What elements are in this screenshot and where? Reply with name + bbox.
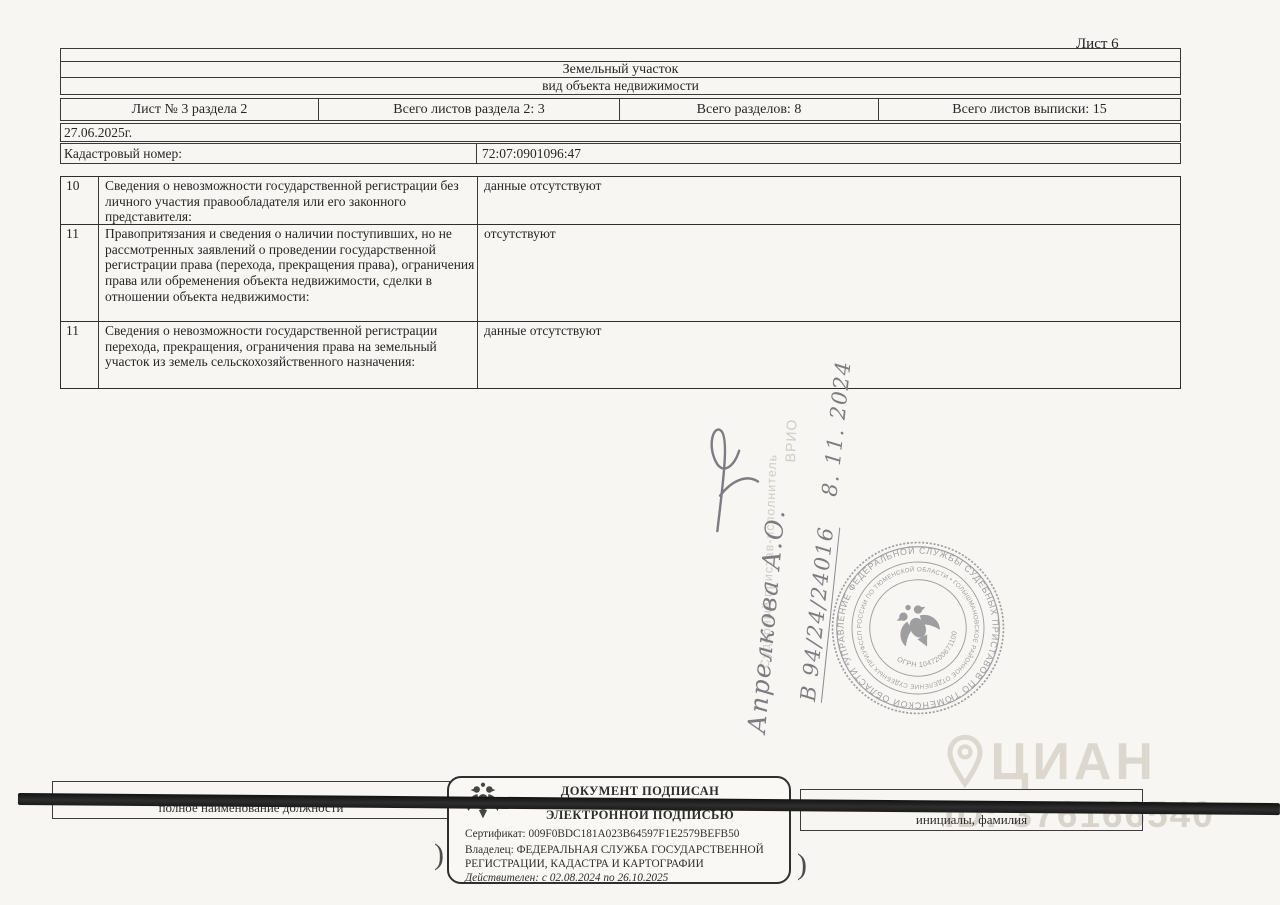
header-empty-row xyxy=(60,48,1181,62)
es-certificate: Сертификат: 009F0BDC181A023B64597F1E2579… xyxy=(465,828,783,840)
object-type-caption-row: вид объекта недвижимости xyxy=(60,77,1181,95)
name-caption: инициалы, фамилия xyxy=(801,812,1142,828)
sections-total-cell: Всего разделов: 8 xyxy=(619,98,879,121)
date-row: 27.06.2025г. xyxy=(60,123,1181,142)
row-value: данные отсутствуют xyxy=(478,177,1180,224)
row-label: Правопритязания и сведения о наличии пос… xyxy=(99,225,478,321)
row-number: 11 xyxy=(61,322,99,388)
map-pin-icon xyxy=(944,732,986,790)
watermark-brand: ЦИАН xyxy=(990,733,1156,791)
row-label: Сведения о невозможности государственной… xyxy=(99,177,478,224)
stamp-eagle-icon xyxy=(889,596,946,655)
table-row: 10 Сведения о невозможности государствен… xyxy=(60,176,1181,225)
handwritten-signer-name: Апрелкова А.О. xyxy=(742,507,791,734)
row-label: Сведения о невозможности государственной… xyxy=(99,322,478,388)
row-number: 11 xyxy=(61,225,99,321)
object-type-row: Земельный участок xyxy=(60,61,1181,78)
extract-sheets-cell: Всего листов выписки: 15 xyxy=(878,98,1181,121)
row-value: отсутствуют xyxy=(478,225,1180,321)
faint-role-text: ВРИО xyxy=(782,418,800,462)
es-owner-line1: Владелец: ФЕДЕРАЛЬНАЯ СЛУЖБА ГОСУДАРСТВЕ… xyxy=(465,844,783,856)
section-sheets-cell: Всего листов раздела 2: 3 xyxy=(318,98,620,121)
row-number: 10 xyxy=(61,177,99,224)
es-owner-line2: РЕГИСТРАЦИИ, КАДАСТРА И КАРТОГРАФИИ xyxy=(465,858,783,870)
scan-parenthesis: ) xyxy=(797,848,807,882)
table-row: 11 Правопритязания и сведения о наличии … xyxy=(60,224,1181,322)
es-validity: Действителен: с 02.08.2024 по 26.10.2025 xyxy=(465,872,783,884)
sheet-cell: Лист № 3 раздела 2 xyxy=(60,98,319,121)
electronic-signature-block: ДОКУМЕНТ ПОДПИСАН ЭЛЕКТРОННОЙ ПОДПИСЬЮ С… xyxy=(447,776,791,884)
cadastral-number-cell: 72:07:0901096:47 xyxy=(476,143,1181,164)
table-row: 11 Сведения о невозможности государствен… xyxy=(60,321,1181,389)
scan-parenthesis: ) xyxy=(434,838,444,872)
scanned-document-page: { "page": { "sheet_label": "Лист 6" }, "… xyxy=(0,0,1280,905)
cadastral-label-cell: Кадастровый номер: xyxy=(60,143,477,164)
